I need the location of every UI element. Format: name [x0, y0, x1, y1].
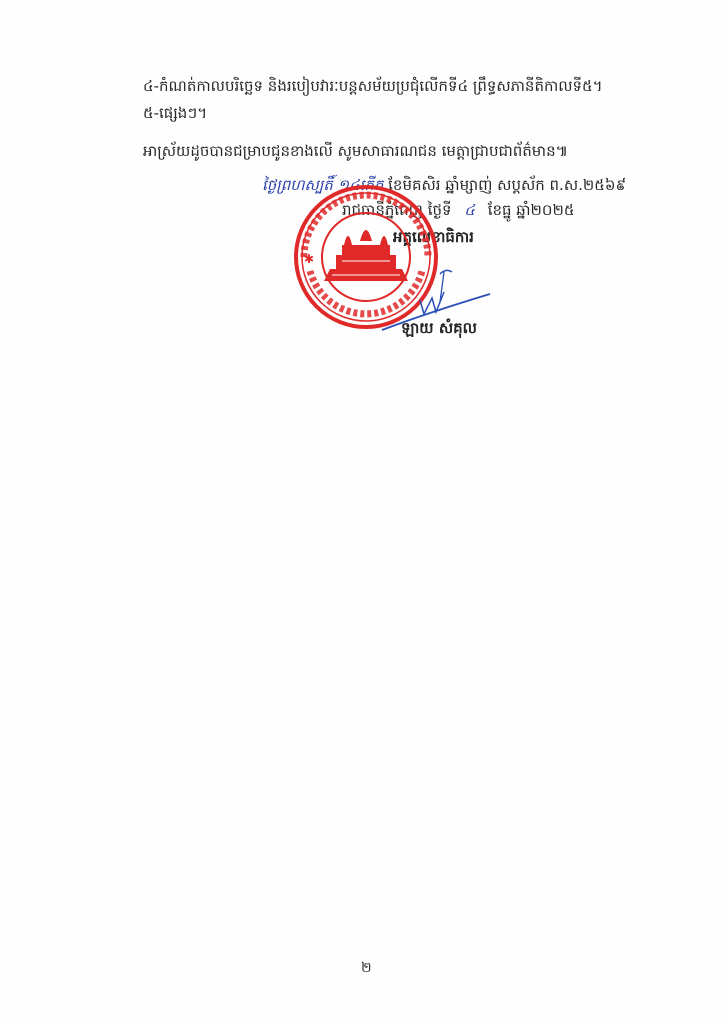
signatory-name: ឡាយ សំគុល	[401, 318, 477, 338]
document-page: ៤-កំណត់កាលបរិច្ឆេទ និងរបៀបវារៈបន្តសម័យប្…	[0, 0, 724, 1024]
agenda-item-4: ៤-កំណត់កាលបរិច្ឆេទ និងរបៀបវារៈបន្តសម័យប្…	[143, 76, 603, 96]
agenda-item-5: ៥-ផ្សេងៗ។	[143, 103, 207, 123]
date-solar-day: ៤	[464, 201, 475, 219]
page-number: ២	[361, 958, 372, 979]
svg-text:✱: ✱	[304, 252, 314, 266]
date-solar-suffix: ខែធ្នូ ឆ្នាំ២០២៥	[488, 201, 575, 219]
closing-paragraph: អាស្រ័យដូចបានជម្រាបជូនខាងលើ សូមសាធារណជន …	[143, 141, 568, 161]
